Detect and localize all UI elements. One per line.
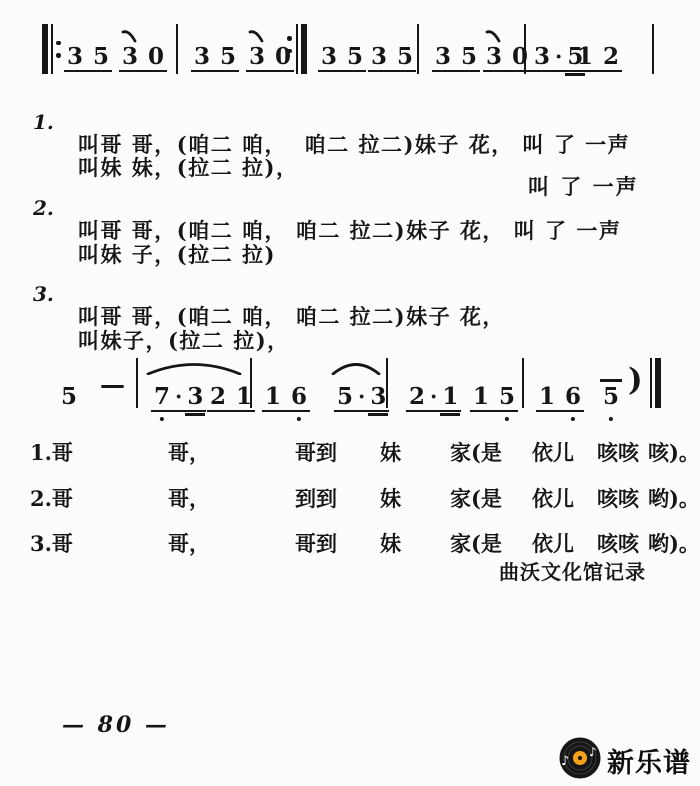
note: 3 [534,45,550,68]
note-group: 35 [368,45,416,72]
octave-dot [571,417,575,421]
note: 3 [194,45,210,68]
note-group: 30 [119,45,167,72]
barline [524,24,526,74]
note: 2 [210,385,226,408]
verse-lyrics: 叫妹子，(拉二 拉)， [78,325,290,355]
note-group: 12 [574,45,622,72]
lyric-cell: 咳咳 [597,437,639,467]
octave-dot [609,417,613,421]
octave-dot [505,417,509,421]
note-group: 7·3 [151,385,206,412]
note: 3 [249,45,265,68]
barline [176,24,178,74]
lyric-cell: 哟)。 [648,483,700,513]
verse-number: 1. [33,110,54,134]
note: 3 [122,45,138,68]
barline [386,358,388,408]
refrain-row-3: 3.哥 哥， 哥到 妹 家(是 依儿 咳咳 哟)。 [0,528,700,554]
note: 5 [93,45,109,68]
note: 0 [148,45,164,68]
lyric-cell: 到到 [295,483,337,513]
verse-number: 3. [33,282,54,306]
note-group: 5 [600,385,622,412]
dash-note: — [100,370,125,399]
lyric-cell: 哥， [168,483,210,513]
barline [250,358,252,408]
note: 1 [577,45,593,68]
verse-3-line-2: 叫妹子，(拉二 拉)， [0,306,700,332]
note: 3 [486,45,502,68]
lyric-cell: 哟)。 [648,528,700,558]
slide-down-ornament-icon [121,29,138,43]
note: 3 [371,45,387,68]
site-logo: ♪ ♪ 新乐谱 [558,736,691,784]
lyric-cell: 咳)。 [648,437,700,467]
verse-2-line-1: 2. 叫哥 哥，(咱二 咱， 咱二 拉二)妹子 花， 叫 了 一声 [0,177,700,203]
note-group: 5 [58,385,80,412]
lyric-cell: 哥， [168,437,210,467]
page-number: — 80 — [62,712,170,738]
octave-dot [160,417,164,421]
note-group: 5·3 [334,385,389,412]
lyric-cell: 哥， [168,528,210,558]
note: · [358,386,365,408]
slide-down-ornament-icon [485,29,502,43]
note: 5 [220,45,236,68]
barline [652,24,654,74]
lyric-cell: 妹 [380,528,401,558]
lyric-cell: 家(是 [450,437,502,467]
lyric-cell: 3.哥 [30,528,73,558]
lyric-cell: 哥到 [295,437,337,467]
note: 2 [409,385,425,408]
note: 7 [154,385,170,408]
note: 5 [61,385,77,408]
note-group: 15 [470,385,518,412]
note: · [555,46,562,68]
note-group: 35 [318,45,366,72]
refrain-row-1: 1.哥 哥， 哥到 妹 家(是 依儿 咳咳 咳)。 [0,437,700,463]
note: 3 [370,385,386,408]
note: 1 [473,385,489,408]
lyric-cell: 家(是 [450,483,502,513]
lyric-cell: 家(是 [450,528,502,558]
lyric-cell: 妹 [380,483,401,513]
logo-text: 新乐谱 [607,741,691,780]
note: 1 [265,385,281,408]
vinyl-record-icon: ♪ ♪ [558,736,602,784]
lyric-cell: 2.哥 [30,483,73,513]
svg-text:♪: ♪ [589,745,597,759]
note: 3 [187,385,203,408]
note: 5 [397,45,413,68]
notation-line-2: 5—7·321165·32·115165) [0,356,700,420]
attribution: 曲沃文化馆记录 [499,556,646,585]
verse-1-line-2: 叫妹 妹，(拉二 拉)， 叫 了 一声 [0,133,700,159]
note: 6 [565,385,581,408]
note-group: 35 [64,45,112,72]
verse-3-line-1: 3. 叫哥 哥，(咱二 咱， 咱二 拉二)妹子 花， [0,263,700,289]
verse-number: 2. [33,196,54,220]
refrain-row-2: 2.哥 哥， 到到 妹 家(是 依儿 咳咳 哟)。 [0,483,700,509]
note: 2 [603,45,619,68]
note-group: 16 [262,385,310,412]
lyric-cell: 哥到 [295,528,337,558]
note: 6 [291,385,307,408]
lyric-cell: 依儿 [532,437,574,467]
notation-line-1: 35303530353535303·512 [0,22,700,80]
note: 5 [499,385,515,408]
note-group: 16 [536,385,584,412]
slur [146,360,242,375]
note: 5 [461,45,477,68]
note: 3 [435,45,451,68]
barline [522,358,524,408]
note-group: 21 [207,385,255,412]
repeat-dots [287,36,292,53]
lyric-cell: 咳咳 [597,483,639,513]
note: · [175,386,182,408]
svg-text:♪: ♪ [561,754,569,769]
score-page: 35303530353535303·512 1. 叫哥 哥，(咱二 咱， 咱二 … [0,0,700,786]
note-group: 35 [191,45,239,72]
note: 5 [337,385,353,408]
verse-2-line-2: 叫妹 子，(拉二 拉) [0,220,700,246]
note: · [430,386,437,408]
note: 3 [321,45,337,68]
lyric-cell: 咳咳 [597,528,639,558]
octave-dot [297,417,301,421]
note-group: 2·1 [406,385,461,412]
barline [136,358,138,408]
repeat-begin-barline [42,24,61,74]
note: 5 [347,45,363,68]
note: 3 [67,45,83,68]
close-paren: ) [628,362,643,398]
note: 1 [442,385,458,408]
repeat-end-barline [296,24,307,74]
slide-down-ornament-icon [248,29,265,43]
lyric-cell: 1.哥 [30,437,73,467]
note: 5 [603,385,619,408]
verse-1-line-1: 1. 叫哥 哥，(咱二 咱， 咱二 拉二)妹子 花， 叫 了 一声 [0,91,700,117]
note-group: 35 [432,45,480,72]
lyric-cell: 依儿 [532,483,574,513]
note: 1 [539,385,555,408]
final-barline [650,358,661,408]
slur [331,360,381,375]
barline [417,24,419,74]
lyric-cell: 妹 [380,437,401,467]
lyric-cell: 依儿 [532,528,574,558]
